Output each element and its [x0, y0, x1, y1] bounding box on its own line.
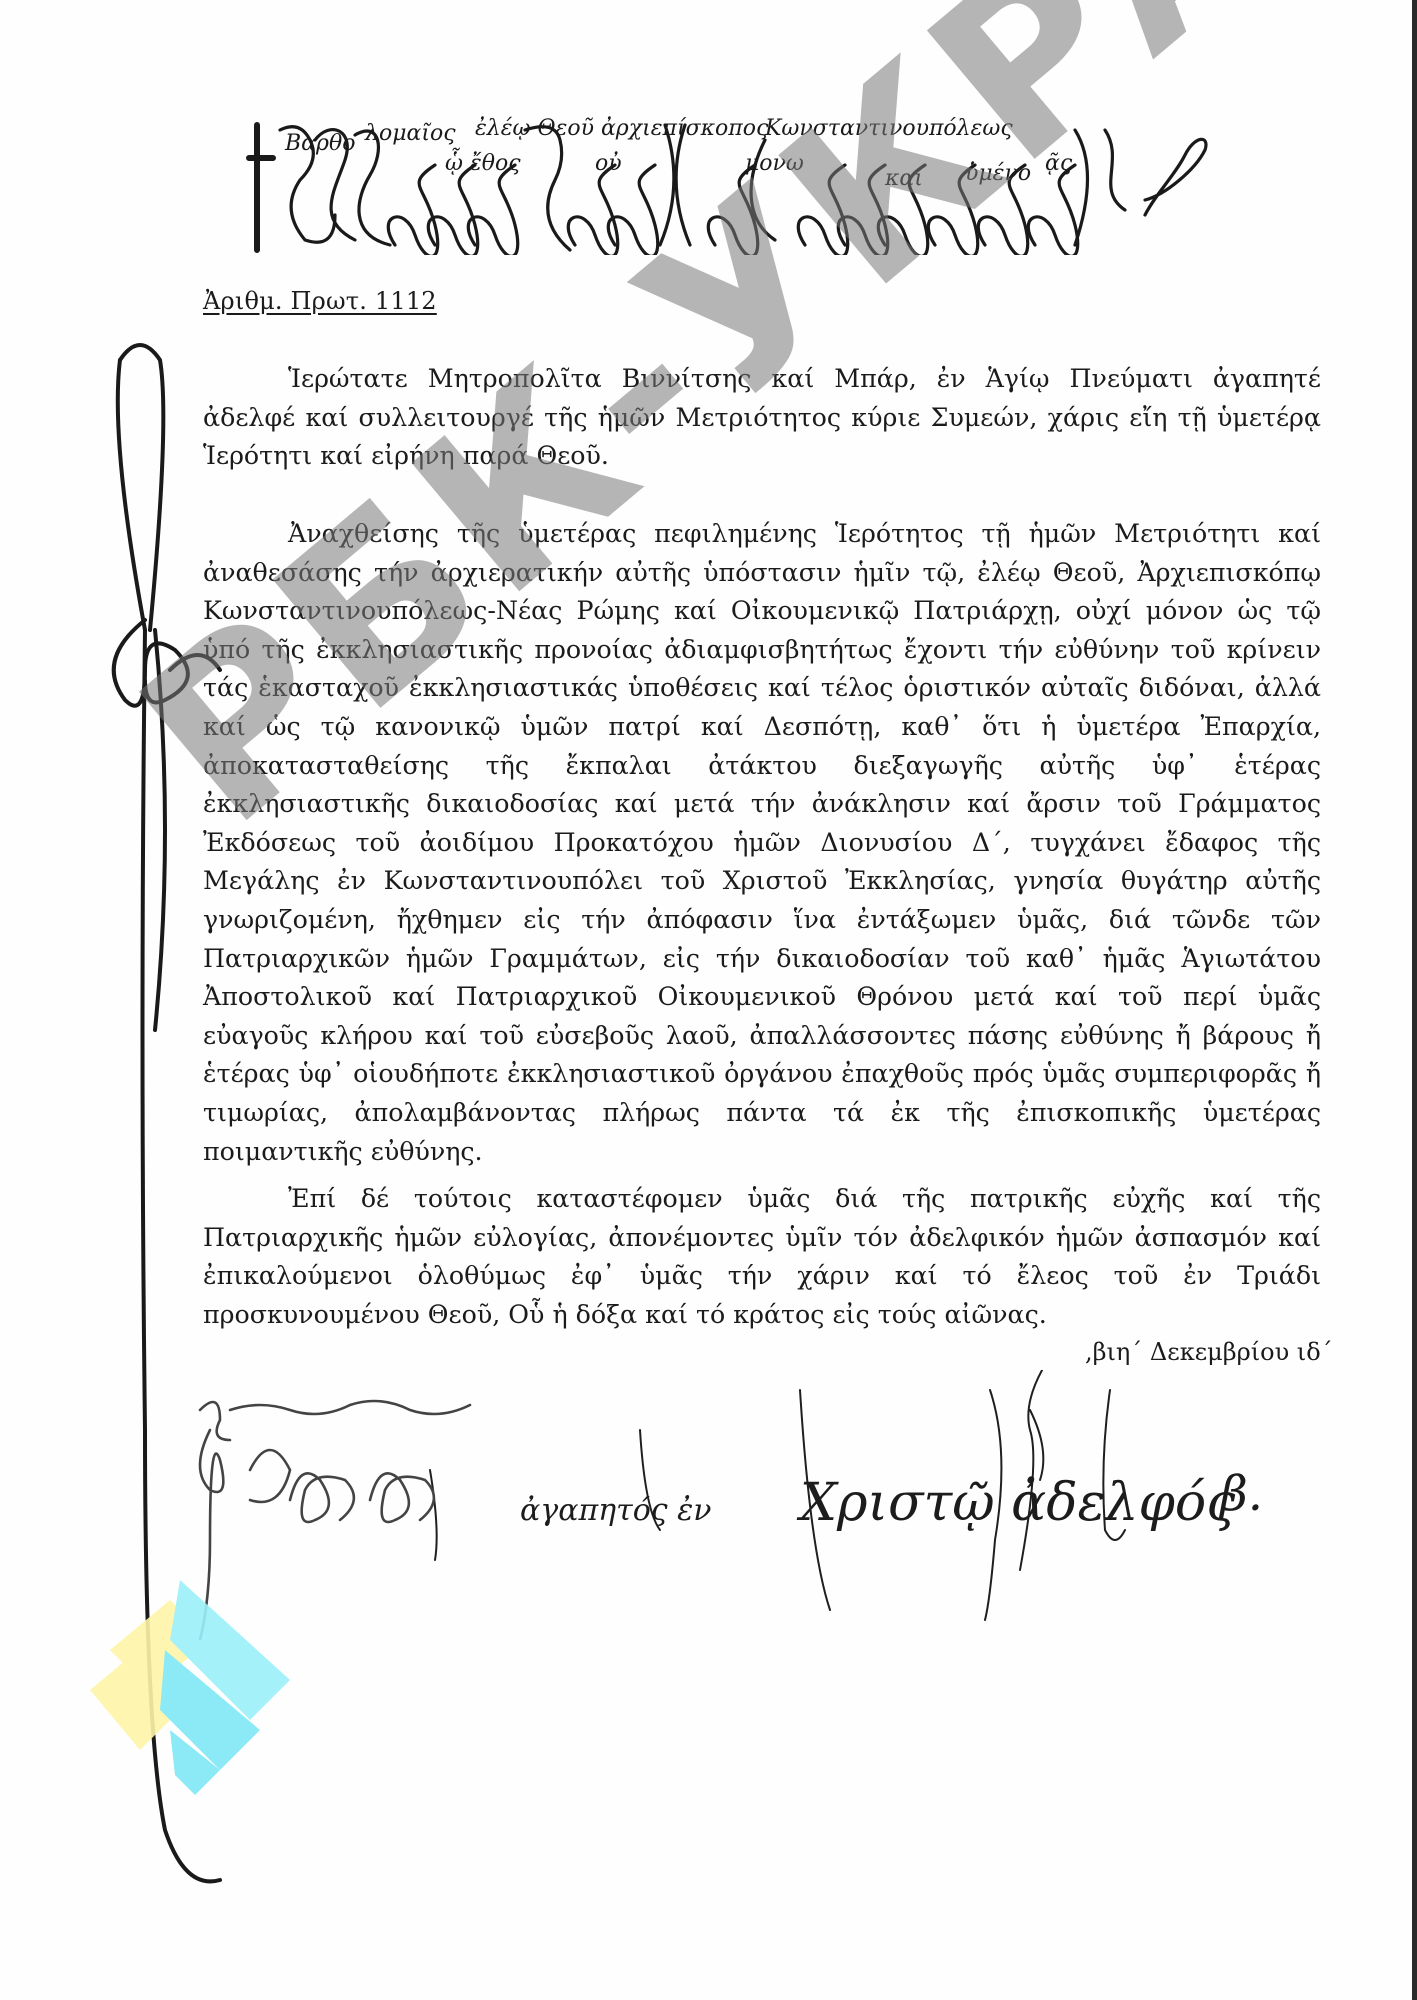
svg-text:Βαρθο: Βαρθο: [284, 131, 355, 156]
paragraph-text: Ἱερώτατε Μητροπολῖτα Βιννίτσης καί Μπάρ,…: [203, 360, 1321, 476]
protocol-number: Ἀριθμ. Πρωτ. 1112: [203, 287, 437, 315]
paragraph-text: Ἐπί δέ τούτοις καταστέφομεν ὑμᾶς διά τῆς…: [203, 1180, 1321, 1334]
paragraph-text: Ἀναχθείσης τῆς ὑμετέρας πεφιλημένης Ἱερό…: [203, 515, 1321, 1171]
svg-text:ἀγαπητός ἐν: ἀγαπητός ἐν: [520, 1493, 711, 1528]
main-paragraph: Ἀναχθείσης τῆς ὑμετέρας πεφιλημένης Ἱερό…: [203, 515, 1321, 1171]
svg-text:β.: β.: [1218, 1466, 1263, 1522]
scan-edge: [1412, 0, 1417, 2000]
svg-text:καί: καί: [884, 166, 924, 191]
svg-text:ᾷς: ᾷς: [1045, 151, 1073, 176]
svg-text:λομαῖος: λομαῖος: [364, 121, 456, 146]
svg-text:ᾧ ἔθος: ᾧ ἔθος: [445, 147, 521, 176]
signature-icon: ἀγαπητός ἐν Χριστῷ ἀδελφός β.: [180, 1370, 1280, 1640]
document-page: Βαρθολομαῖος ἐλέῳ Θεοῦ ἀρχιεπίσκοπος Κων…: [0, 0, 1417, 2000]
closing-paragraph: Ἐπί δέ τούτοις καταστέφομεν ὑμᾶς διά τῆς…: [203, 1180, 1321, 1334]
patriarchal-monogram-icon: Βαρθολομαῖος ἐλέῳ Θεοῦ ἀρχιεπίσκοπος Κων…: [245, 110, 1215, 255]
svg-text:ὑμένο: ὑμένο: [965, 161, 1031, 186]
svg-text:Κωνσταντινουπόλεως: Κωνσταντινουπόλεως: [764, 116, 1013, 141]
svg-text:οὐ: οὐ: [595, 151, 622, 176]
svg-text:ἐλέῳ Θεοῦ ἀρχιεπίσκοπος: ἐλέῳ Θεοῦ ἀρχιεπίσκοπος: [475, 116, 769, 141]
salutation-paragraph: Ἱερώτατε Μητροπολῖτα Βιννίτσης καί Μπάρ,…: [203, 360, 1321, 476]
svg-text:μονω: μονω: [745, 151, 804, 176]
rbc-ukraine-logo-icon: [70, 1540, 310, 1800]
date-line: ,βιη΄ Δεκεμβρίου ιδ΄: [1085, 1338, 1333, 1366]
svg-text:Χριστῷ ἀδελφός: Χριστῷ ἀδελφός: [796, 1473, 1236, 1533]
